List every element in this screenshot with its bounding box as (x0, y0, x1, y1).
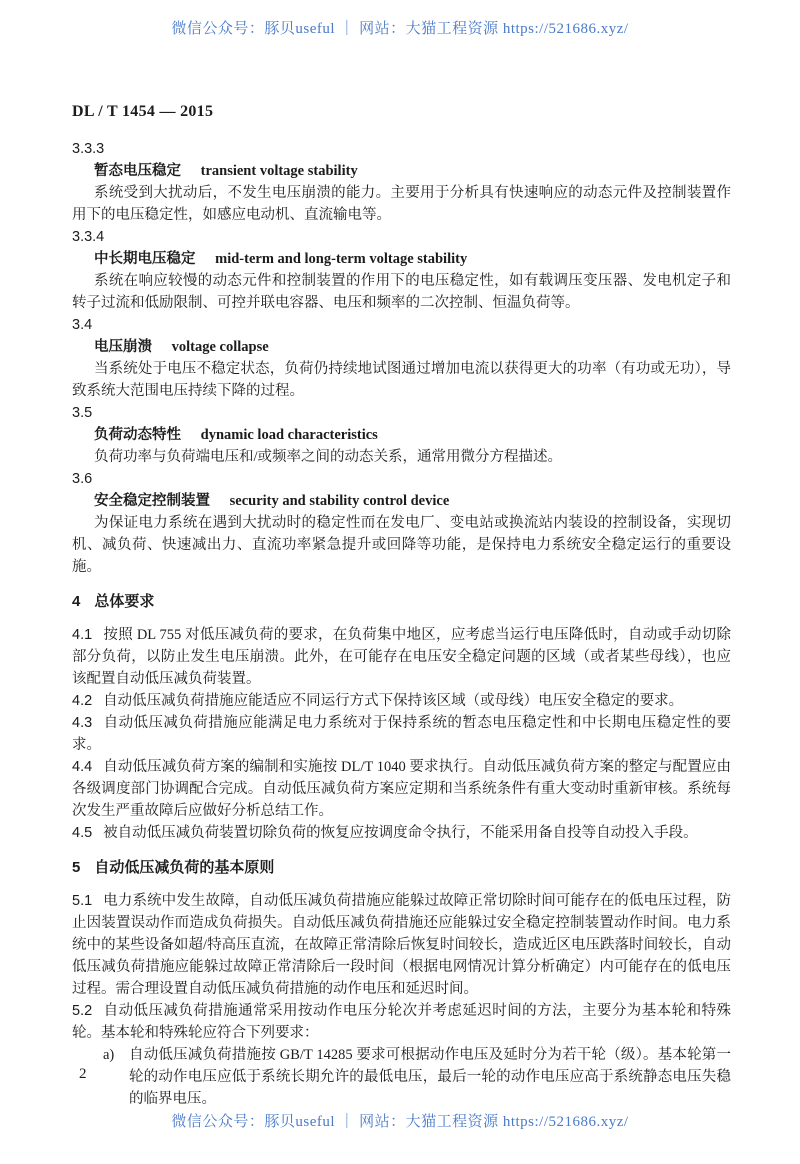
term-name-zh: 中长期电压稳定 (94, 251, 196, 267)
clause-number: 5.1 (72, 893, 92, 909)
section-number: 4 (72, 593, 80, 610)
term-definition: 系统在响应较慢的动态元件和控制装置的作用下的电压稳定性，如有载调压变压器、发电机… (72, 270, 731, 314)
list-marker: a) (103, 1044, 114, 1066)
clause-text: 自动低压减负荷措施应能满足电力系统对于保持系统的暂态电压稳定性和中长期电压稳定性… (72, 715, 731, 753)
term-definition: 系统受到大扰动后，不发生电压崩溃的能力。主要用于分析具有快速响应的动态元件及控制… (72, 182, 731, 226)
term-heading: 电压崩溃 voltage collapse (72, 336, 731, 358)
term-number: 3.4 (72, 314, 731, 336)
clause-number: 4.4 (72, 759, 92, 775)
section-number: 5 (72, 859, 80, 876)
term-heading: 负荷动态特性 dynamic load characteristics (72, 424, 731, 446)
clause-number: 4.5 (72, 825, 92, 841)
term-name-zh: 电压崩溃 (94, 339, 152, 355)
clause: 4.4自动低压减负荷方案的编制和实施按 DL/T 1040 要求执行。自动低压减… (72, 756, 731, 822)
clause-text: 电力系统中发生故障，自动低压减负荷措施应能躲过故障正常切除时间可能存在的低电压过… (72, 893, 731, 997)
clause: 5.1电力系统中发生故障，自动低压减负荷措施应能躲过故障正常切除时间可能存在的低… (72, 890, 731, 1000)
clause: 4.3自动低压减负荷措施应能满足电力系统对于保持系统的暂态电压稳定性和中长期电压… (72, 712, 731, 756)
clause-text: 被自动低压减负荷装置切除负荷的恢复应按调度命令执行，不能采用备自投等自动投入手段… (103, 825, 698, 841)
term-name-en: mid-term and long-term voltage stability (215, 251, 467, 267)
clause: 4.1按照 DL 755 对低压减负荷的要求，在负荷集中地区，应考虑当运行电压降… (72, 624, 731, 690)
term-number: 3.6 (72, 468, 731, 490)
clause: 4.5被自动低压减负荷装置切除负荷的恢复应按调度命令执行，不能采用备自投等自动投… (72, 822, 731, 844)
document-page: { "watermark": { "header_text": "微信公众号：豚… (0, 0, 800, 1164)
clause-number: 5.2 (72, 1003, 92, 1019)
term-heading: 中长期电压稳定 mid-term and long-term voltage s… (72, 248, 731, 270)
clause-text: 自动低压减负荷措施通常采用按动作电压分轮次并考虑延迟时间的方法，主要分为基本轮和… (72, 1003, 731, 1041)
term-definition: 为保证电力系统在遇到大扰动时的稳定性而在发电厂、变电站或换流站内装设的控制设备，… (72, 512, 731, 578)
wechat-watermark-bottom: 微信公众号：豚贝useful ｜ 网站：大猫工程资源 https://52168… (0, 1110, 800, 1131)
section-title: 总体要求 (94, 593, 154, 610)
clause-text: 按照 DL 755 对低压减负荷的要求，在负荷集中地区，应考虑当运行电压降低时，… (72, 627, 731, 687)
clause: 4.2自动低压减负荷措施应能适应不同运行方式下保持该区域（或母线）电压安全稳定的… (72, 690, 731, 712)
term-name-zh: 暂态电压稳定 (94, 163, 181, 179)
clause-number: 4.3 (72, 715, 92, 731)
clause-number: 4.2 (72, 693, 92, 709)
term-name-zh: 负荷动态特性 (94, 427, 181, 443)
list-item: a) 自动低压减负荷措施按 GB/T 14285 要求可根据动作电压及延时分为若… (72, 1044, 731, 1110)
document-body: 3.3.3 暂态电压稳定 transient voltage stability… (72, 138, 731, 1110)
standard-number: DL / T 1454 — 2015 (72, 103, 213, 121)
clause: 5.2自动低压减负荷措施通常采用按动作电压分轮次并考虑延迟时间的方法，主要分为基… (72, 1000, 731, 1044)
term-heading: 安全稳定控制装置 security and stability control … (72, 490, 731, 512)
page-number: 2 (79, 1066, 87, 1083)
section-title: 自动低压减负荷的基本原则 (94, 859, 274, 876)
term-number: 3.3.4 (72, 226, 731, 248)
wechat-watermark-top: 微信公众号：豚贝useful ｜ 网站：大猫工程资源 https://52168… (0, 17, 800, 38)
list-item-text: 自动低压减负荷措施按 GB/T 14285 要求可根据动作电压及延时分为若干轮（… (129, 1047, 731, 1107)
term-name-en: transient voltage stability (201, 163, 358, 179)
clause-number: 4.1 (72, 627, 92, 643)
term-name-en: voltage collapse (172, 339, 269, 355)
term-number: 3.5 (72, 402, 731, 424)
section-heading: 5自动低压减负荷的基本原则 (72, 857, 731, 879)
term-name-en: security and stability control device (230, 493, 450, 509)
clause-text: 自动低压减负荷措施应能适应不同运行方式下保持该区域（或母线）电压安全稳定的要求。 (103, 693, 683, 709)
term-name-zh: 安全稳定控制装置 (94, 493, 210, 509)
term-heading: 暂态电压稳定 transient voltage stability (72, 160, 731, 182)
section-heading: 4总体要求 (72, 591, 731, 613)
term-number: 3.3.3 (72, 138, 731, 160)
term-definition: 负荷功率与负荷端电压和/或频率之间的动态关系，通常用微分方程描述。 (72, 446, 731, 468)
term-definition: 当系统处于电压不稳定状态，负荷仍持续地试图通过增加电流以获得更大的功率（有功或无… (72, 358, 731, 402)
clause-text: 自动低压减负荷方案的编制和实施按 DL/T 1040 要求执行。自动低压减负荷方… (72, 759, 731, 819)
term-name-en: dynamic load characteristics (201, 427, 378, 443)
